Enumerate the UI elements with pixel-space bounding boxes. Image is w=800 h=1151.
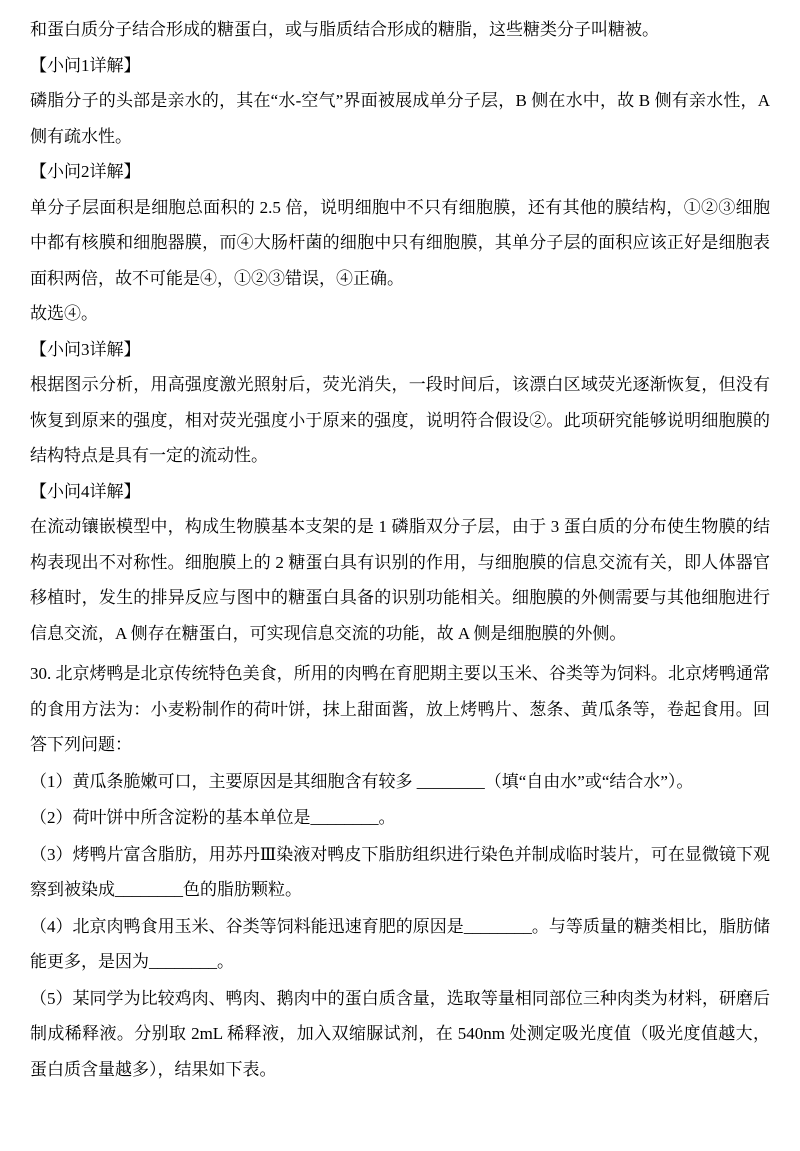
document-page: 和蛋白质分子结合形成的糖蛋白，或与脂质结合形成的糖脂，这些糖类分子叫糖被。 【小… bbox=[0, 0, 800, 1151]
paragraph-question-30-part-5: （5）某同学为比较鸡肉、鸭肉、鹅肉中的蛋白质含量，选取等量相同部位三种肉类为材料… bbox=[30, 981, 770, 1088]
paragraph-subquestion-3-analysis: 根据图示分析，用高强度激光照射后，荧光消失，一段时间后，该漂白区域荧光逐渐恢复，… bbox=[30, 367, 770, 474]
paragraph-question-30-part-1: （1）黄瓜条脆嫩可口，主要原因是其细胞含有较多 ________（填“自由水”或… bbox=[30, 764, 770, 800]
paragraph-subquestion-2-analysis: 单分子层面积是细胞总面积的 2.5 倍，说明细胞中不只有细胞膜，还有其他的膜结构… bbox=[30, 190, 770, 297]
heading-subquestion-1: 【小问1详解】 bbox=[30, 48, 770, 84]
paragraph-answer-choice: 故选④。 bbox=[30, 296, 770, 332]
paragraph-question-30-part-4: （4）北京肉鸭食用玉米、谷类等饲料能迅速育肥的原因是________。与等质量的… bbox=[30, 909, 770, 980]
paragraph-question-30-part-2: （2）荷叶饼中所含淀粉的基本单位是________。 bbox=[30, 800, 770, 836]
heading-subquestion-4: 【小问4详解】 bbox=[30, 474, 770, 510]
paragraph-question-30-intro: 30. 北京烤鸭是北京传统特色美食，所用的肉鸭在育肥期主要以玉米、谷类等为饲料。… bbox=[30, 656, 770, 763]
paragraph-subquestion-4-analysis: 在流动镶嵌模型中，构成生物膜基本支架的是 1 磷脂双分子层，由于 3 蛋白质的分… bbox=[30, 509, 770, 651]
paragraph-question-30-part-3: （3）烤鸭片富含脂肪，用苏丹Ⅲ染液对鸭皮下脂肪组织进行染色并制成临时装片，可在显… bbox=[30, 837, 770, 908]
paragraph-subquestion-1-analysis: 磷脂分子的头部是亲水的，其在“水-空气”界面被展成单分子层，B 侧在水中，故 B… bbox=[30, 83, 770, 154]
heading-subquestion-2: 【小问2详解】 bbox=[30, 154, 770, 190]
paragraph-glycocalyx-continuation: 和蛋白质分子结合形成的糖蛋白，或与脂质结合形成的糖脂，这些糖类分子叫糖被。 bbox=[30, 12, 770, 48]
heading-subquestion-3: 【小问3详解】 bbox=[30, 332, 770, 368]
